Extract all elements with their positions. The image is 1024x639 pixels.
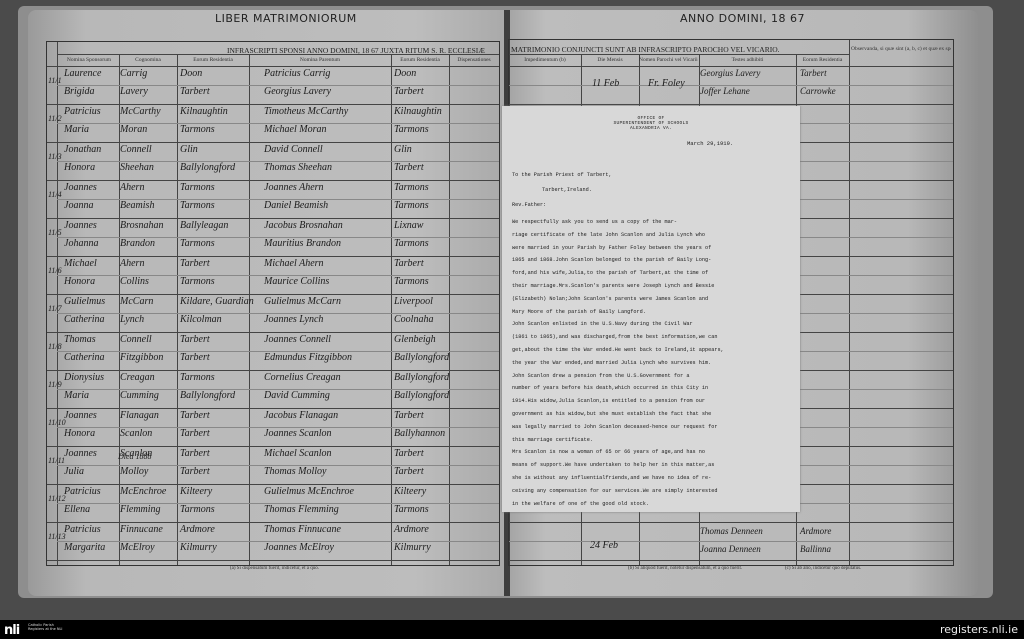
entry-parents: Thomas Finnucane [264, 524, 341, 535]
entry-parents: Joannes McElroy [264, 542, 334, 553]
entry-residence: Kilcolman [180, 314, 222, 325]
entry-parent-residence: Tarmons [394, 124, 429, 135]
entry-parent-residence: Tarmons [394, 504, 429, 515]
entry-forename: Honora [64, 276, 95, 287]
entry-residence: Tarmons [180, 372, 215, 383]
entry-surname: Ahern [120, 182, 144, 193]
entry-forename: Thomas [64, 334, 96, 345]
entry-residence: Ballyleagan [180, 220, 228, 231]
row-divider [47, 332, 499, 333]
letter-line: this marriage certificate. [512, 437, 593, 443]
entry-parents: Thomas Sheehan [264, 162, 332, 173]
row-divider [47, 294, 499, 295]
entry-surname: Fitzgibbon [120, 352, 163, 363]
entry-number: 11/9 [48, 380, 62, 389]
right-page-title: ANNO DOMINI, 18 67 [680, 12, 805, 25]
letter-line: riage certificate of the late John Scanl… [512, 232, 705, 238]
row-divider [47, 484, 499, 485]
entry-parents: Joannes Ahern [264, 182, 324, 193]
column-header: Eorum Residentia [391, 57, 449, 63]
entry-number: 11/2 [48, 114, 62, 123]
row-divider [47, 180, 499, 181]
entry-witness: Georgius Lavery [700, 68, 760, 78]
entry-number: 11/11 [48, 456, 65, 465]
entry-surname: Cumming [120, 390, 159, 401]
letter-line: (Elizabeth) Nolan;John Scanlon's parents… [512, 296, 708, 302]
entry-surname: McCarthy [120, 106, 161, 117]
entry-surname: McCarn [120, 296, 153, 307]
letterhead: OFFICE OF SUPERINTENDENT OF SCHOOLS ALEX… [502, 116, 800, 131]
entry-parents: David Connell [264, 144, 323, 155]
entry-forename: Maria [64, 390, 89, 401]
entry-forename: Dionysius [64, 372, 104, 383]
entry-parent-residence: Ballylongford [394, 390, 449, 401]
entry-parents: Jacobus Brosnahan [264, 220, 343, 231]
entry-forename: Brigida [64, 86, 95, 97]
letter-line: means of support.We have undertaken to h… [512, 462, 714, 468]
entry-parents: Daniel Beamish [264, 200, 328, 211]
entry-parent-residence: Tarmons [394, 200, 429, 211]
entry-forename: Joannes [64, 220, 97, 231]
letter-line: ceiving any compensation for our service… [512, 488, 717, 494]
entry-parents: Patricius Carrig [264, 68, 330, 79]
entry-residence: Tarmons [180, 276, 215, 287]
entry-forename: Joannes [64, 182, 97, 193]
entry-forename: Joannes [64, 448, 97, 459]
letter-line: We respectfully ask you to send us a cop… [512, 219, 677, 225]
entry-parents: Joannes Connell [264, 334, 331, 345]
entry-residence: Tarbert [180, 86, 210, 97]
entry-forename: Margarita [64, 542, 105, 553]
entry-surname: Collins [120, 276, 149, 287]
entry-residence: Kilnaughtin [180, 106, 228, 117]
entry-parent-residence: Ballylongford [394, 372, 449, 383]
entry-forename: Julia [64, 466, 84, 477]
entry-parents: Jacobus Flanagan [264, 410, 338, 421]
row-divider [47, 370, 499, 371]
entry-parent-residence: Ballyhannon [394, 428, 445, 439]
letter-line: she is without any influentialfriends,an… [512, 475, 711, 481]
entry-forename: Catherina [64, 352, 105, 363]
entry-parent-residence: Doon [394, 68, 416, 79]
entry-residence: Kildare, Guardian [180, 296, 254, 307]
entry-number: 11/13 [48, 532, 66, 541]
right-footnote-c: (c) Si ab alio, indicetur quo deputatus. [785, 566, 861, 571]
row-divider [47, 408, 499, 409]
entry-surname: Moran [120, 124, 147, 135]
row-divider [47, 104, 499, 105]
entry-residence: Tarbert [180, 410, 210, 421]
row-divider [47, 522, 499, 523]
letter-line: ford,and his wife,Julia,to the parish of… [512, 270, 708, 276]
entry-surname: Connell [120, 334, 152, 345]
entry-parent-residence: Kilteery [394, 486, 426, 497]
column-header: Eorum Residentia [177, 57, 249, 63]
entry-witness: Thomas Denneen [700, 526, 763, 536]
entry-surname: McEnchroe [120, 486, 166, 497]
entry-forename: Laurence [64, 68, 101, 79]
column-divider [177, 54, 178, 565]
entry-parents: Edmundus Fitzgibbon [264, 352, 352, 363]
entry-residence: Tarbert [180, 352, 210, 363]
entry-parents: Gulielmus McCarn [264, 296, 341, 307]
entry-number: 11/1 [48, 76, 62, 85]
row-divider [47, 142, 499, 143]
entry-residence: Doon [180, 68, 202, 79]
entry-parent-residence: Kilnaughtin [394, 106, 442, 117]
entry-date: 24 Feb [590, 540, 618, 551]
entry-witness: Joffer Lehane [700, 86, 750, 96]
entry-parent-residence: Tarbert [394, 86, 424, 97]
entry-forename: Joanna [64, 200, 93, 211]
entry-witness-residence: Ballinna [800, 544, 831, 554]
column-header: Eorum Residentia [796, 57, 849, 63]
letter-line: 1914.His widow,Julia Scanlon,is entitled… [512, 398, 705, 404]
entry-residence: Tarbert [180, 428, 210, 439]
row-divider [47, 256, 499, 257]
row-divider [47, 446, 499, 447]
entry-number: 11/6 [48, 266, 62, 275]
letter-line: in the welfare of one of the good old st… [512, 501, 649, 507]
entry-number: 11/10 [48, 418, 66, 427]
left-footnote: (a) Si dispensatum fuerit, indicetur, et… [230, 566, 319, 571]
entry-residence: Tarmons [180, 504, 215, 515]
site-link[interactable]: registers.nli.ie [940, 623, 1018, 636]
entry-parents: Michael Moran [264, 124, 327, 135]
letter-date: March 29,1919. [687, 140, 733, 147]
entry-parents: Timotheus McCarthy [264, 106, 348, 117]
entry-forename: Joannes [64, 410, 97, 421]
letter-line: was legally married to John Scanlon dece… [512, 424, 717, 430]
entry-forename: Michael [64, 258, 97, 269]
entry-parent-residence: Tarbert [394, 162, 424, 173]
entry-forename: Patricius [64, 524, 101, 535]
letter-line: John Scanlon enlisted in the U.S.Navy du… [512, 321, 693, 327]
column-header: Die Mensis [581, 57, 639, 63]
superintendent-letter: OFFICE OF SUPERINTENDENT OF SCHOOLS ALEX… [502, 106, 800, 512]
entry-witness: Joanna Denneen [700, 544, 761, 554]
entry-residence: Tarbert [180, 448, 210, 459]
entry-residence: Tarbert [180, 334, 210, 345]
entry-residence: Tarbert [180, 258, 210, 269]
entry-surname: McElroy [120, 542, 155, 553]
entry-parents: Thomas Flemming [264, 504, 339, 515]
entry-surname: Sheehan [120, 162, 154, 173]
letter-line: (1861 to 1865),and was discharged,from t… [512, 334, 717, 340]
entry-parent-residence: Tarbert [394, 448, 424, 459]
entry-surname: Creagan [120, 372, 155, 383]
entry-residence: Tarmons [180, 200, 215, 211]
entry-forename: Catherina [64, 314, 105, 325]
entry-surname: Lavery [120, 86, 148, 97]
entry-surname: Beamish [120, 200, 154, 211]
nli-logo[interactable]: nli [4, 623, 19, 638]
entry-parent-residence: Ballylongford [394, 352, 449, 363]
entry-parent-residence: Glin [394, 144, 412, 155]
right-footnote-b: (b) Si aliquod fuerit, notetur dispensat… [628, 566, 742, 571]
entry-forename: Jonathan [64, 144, 101, 155]
entry-parent-residence: Tarbert [394, 466, 424, 477]
entry-parents: Michael Scanlon [264, 448, 331, 459]
entry-residence: Ballylongford [180, 162, 235, 173]
letter-line: the year the War ended,and married Julia… [512, 360, 711, 366]
entry-surname: Molloy [120, 466, 148, 477]
entry-surname: Lynch [120, 314, 144, 325]
entry-forename: Ellena [64, 504, 90, 515]
entry-residence: Tarbert [180, 466, 210, 477]
entry-surname: Flemming [120, 504, 161, 515]
column-header: Nomen Parochi vel Vicarii (c) [639, 57, 699, 63]
row-divider [47, 218, 499, 219]
letter-line: Mrs Scanlon is now a woman of 65 or 66 y… [512, 449, 705, 455]
entry-surname: Finnucane [120, 524, 163, 535]
entry-number: 11/3 [48, 152, 62, 161]
entry-forename: Maria [64, 124, 89, 135]
letter-line: get,about the time the War ended.He went… [512, 347, 724, 353]
entry-forename: Patricius [64, 106, 101, 117]
entry-parent-residence: Tarbert [394, 258, 424, 269]
entry-parents: Georgius Lavery [264, 86, 331, 97]
letter-line: Mary Moore of the parish of Baily Langfo… [512, 309, 646, 315]
margin-note: Died 1888 [118, 452, 152, 461]
entry-number: 11/12 [48, 494, 66, 503]
entry-parent-residence: Glenbeigh [394, 334, 436, 345]
nli-logo-caption: Catholic Parish Registers at the NLI [28, 623, 68, 631]
entry-parent-residence: Tarmons [394, 182, 429, 193]
row-divider [47, 560, 499, 561]
letter-line: their marriage.Mrs.Scanlon's parents wer… [512, 283, 714, 289]
entry-surname: Brandon [120, 238, 155, 249]
entry-residence: Ballylongford [180, 390, 235, 401]
entry-parent-residence: Kilmurry [394, 542, 431, 553]
entry-parents: Gulielmus McEnchroe [264, 486, 354, 497]
entry-number: 11/8 [48, 342, 62, 351]
entry-parents: Michael Ahern [264, 258, 324, 269]
entry-parents: Joannes Lynch [264, 314, 323, 325]
letter-salutation: Rev.Father: [512, 202, 546, 208]
entry-parents: Joannes Scanlon [264, 428, 332, 439]
letter-line: John Scanlon drew a pension from the U.S… [512, 373, 689, 379]
entry-number: 11/4 [48, 190, 62, 199]
entry-surname: Connell [120, 144, 152, 155]
entry-parent-residence: Ardmore [394, 524, 429, 535]
left-page-title: LIBER MATRIMONIORUM [215, 12, 357, 25]
entry-residence: Kilteery [180, 486, 212, 497]
entry-number: 11/5 [48, 228, 62, 237]
column-header: Nomina Parentum [249, 57, 391, 63]
footer-bar: nli Catholic Parish Registers at the NLI… [0, 620, 1024, 639]
letter-line: were married in your Parish by Father Fo… [512, 245, 711, 251]
entry-residence: Kilmurry [180, 542, 217, 553]
entry-surname: Carrig [120, 68, 147, 79]
entry-witness-residence: Carrowke [800, 86, 836, 96]
entry-residence: Tarmons [180, 124, 215, 135]
entry-parent-residence: Tarbert [394, 410, 424, 421]
entry-forename: Patricius [64, 486, 101, 497]
image-viewer[interactable]: LIBER MATRIMONIORUM INFRASCRIPTI SPONSI … [0, 0, 1024, 620]
entry-parent-residence: Tarmons [394, 238, 429, 249]
column-header: Nomina Sponsorum [59, 57, 119, 63]
entry-number: 11/7 [48, 304, 62, 313]
column-header: Dispensationes [449, 57, 499, 63]
entry-residence: Tarmons [180, 182, 215, 193]
entry-parents: David Cumming [264, 390, 330, 401]
entry-parents: Cornelius Creagan [264, 372, 341, 383]
entry-witness-residence: Tarbert [800, 68, 827, 78]
entry-date: 11 Feb [592, 78, 619, 89]
entry-surname: Scanlon [120, 428, 152, 439]
column-divider [391, 54, 392, 565]
entry-surname: Ahern [120, 258, 144, 269]
entry-parents: Maurice Collins [264, 276, 329, 287]
column-divider [249, 54, 250, 565]
column-header: Cognomina [119, 57, 177, 63]
entry-residence: Tarmons [180, 238, 215, 249]
entry-parent-residence: Tarmons [394, 276, 429, 287]
entry-surname: Brosnahan [120, 220, 164, 231]
entry-parents: Thomas Molloy [264, 466, 327, 477]
entry-residence: Glin [180, 144, 198, 155]
letter-line: 1865 and 1868.John Scanlon belonged to t… [512, 257, 711, 263]
column-header: Testes adhibiti [699, 57, 796, 63]
entry-witness-residence: Ardmore [800, 526, 831, 536]
entry-parent-residence: Lixnaw [394, 220, 423, 231]
entry-forename: Honora [64, 162, 95, 173]
column-header: Impedimentum (b) [509, 57, 581, 63]
column-header: Observanda, si quæ sint (a, b, c) et quæ… [851, 46, 951, 52]
entry-forename: Honora [64, 428, 95, 439]
entry-priest: Fr. Foley [648, 78, 685, 89]
letter-address-line: Tarbert,Ireland. [542, 187, 592, 193]
entry-parent-residence: Liverpool [394, 296, 433, 307]
entry-parent-residence: Coolnaha [394, 314, 433, 325]
letter-address-line: To the Parish Priest of Tarbert, [512, 172, 612, 178]
letter-line: number of years before his death,which o… [512, 385, 708, 391]
entry-parents: Mauritius Brandon [264, 238, 341, 249]
entry-forename: Johanna [64, 238, 98, 249]
entry-residence: Ardmore [180, 524, 215, 535]
letter-line: government as his widow,but she must est… [512, 411, 711, 417]
letterhead-line: ALEXANDRIA VA. [502, 126, 800, 131]
entry-forename: Gulielmus [64, 296, 105, 307]
column-divider [449, 54, 450, 565]
entry-surname: Flanagan [120, 410, 159, 421]
